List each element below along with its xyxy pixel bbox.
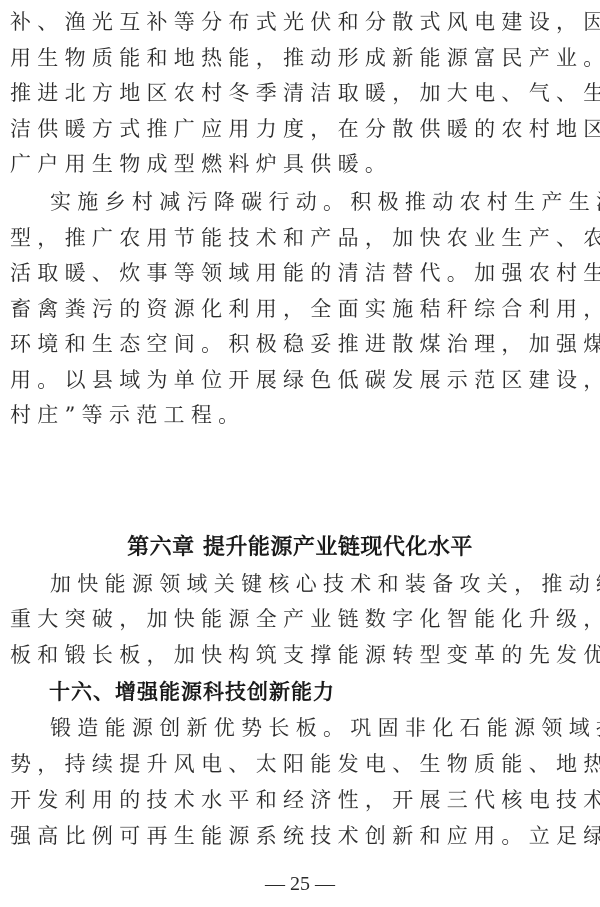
text-line: 实施乡村减污降碳行动。积极推动农村生产生活方式绿色转 — [50, 188, 590, 216]
text-line: 型，推广农用节能技术和产品，加快农业生产、农产品加工、生 — [10, 224, 590, 252]
page-number: — 25 — — [0, 872, 600, 896]
text-line: 重大突破，加快能源全产业链数字化智能化升级，统筹推进补短 — [10, 605, 590, 633]
text-line: 势，持续提升风电、太阳能发电、生物质能、地热能、海洋能等 — [10, 750, 590, 778]
text-line: 推进北方地区农村冬季清洁取暖，加大电、气、生物质锅炉等清 — [10, 79, 590, 107]
text-line: 活取暖、炊事等领域用能的清洁替代。加强农村生产生活垃圾、 — [10, 259, 590, 287]
text-line: 用。以县域为单位开展绿色低碳发展示范区建设，探索建设“零碳 — [10, 366, 590, 394]
text-line: 广户用生物成型燃料炉具供暖。 — [10, 150, 590, 178]
text-line: 锻造能源创新优势长板。巩固非化石能源领域技术装备优 — [50, 714, 590, 742]
chapter-title: 第六章 提升能源产业链现代化水平 — [0, 533, 600, 561]
text-line: 环境和生态空间。积极稳妥推进散煤治理，加强煤炭清洁化利 — [10, 330, 590, 358]
text-line: 板和锻长板，加快构筑支撑能源转型变革的先发优势。 — [10, 641, 590, 669]
text-line: 加快能源领域关键核心技术和装备攻关，推动绿色低碳技术 — [50, 570, 590, 598]
text-line: 补、渔光互补等分布式光伏和分散式风电建设，因地制宜开发利 — [10, 8, 590, 36]
text-line: 用生物质能和地热能，推动形成新能源富民产业。坚持因地制宜 — [10, 44, 590, 72]
document-page: 补、渔光互补等分布式光伏和分散式风电建设，因地制宜开发利 用生物质能和地热能，推… — [0, 0, 600, 907]
text-line: 强高比例可再生能源系统技术创新和应用。立足绿色低碳技术发 — [10, 822, 590, 850]
text-line: 洁供暖方式推广应用力度，在分散供暖的农村地区，就地取材推 — [10, 115, 590, 143]
text-line: 开发利用的技术水平和经济性，开展三代核电技术优化研究，加 — [10, 786, 590, 814]
text-line: 村庄”等示范工程。 — [10, 401, 590, 429]
section-title: 十六、增强能源科技创新能力 — [49, 678, 335, 706]
text-line: 畜禽粪污的资源化利用，全面实施秸秆综合利用，改善农村人居 — [10, 295, 590, 323]
